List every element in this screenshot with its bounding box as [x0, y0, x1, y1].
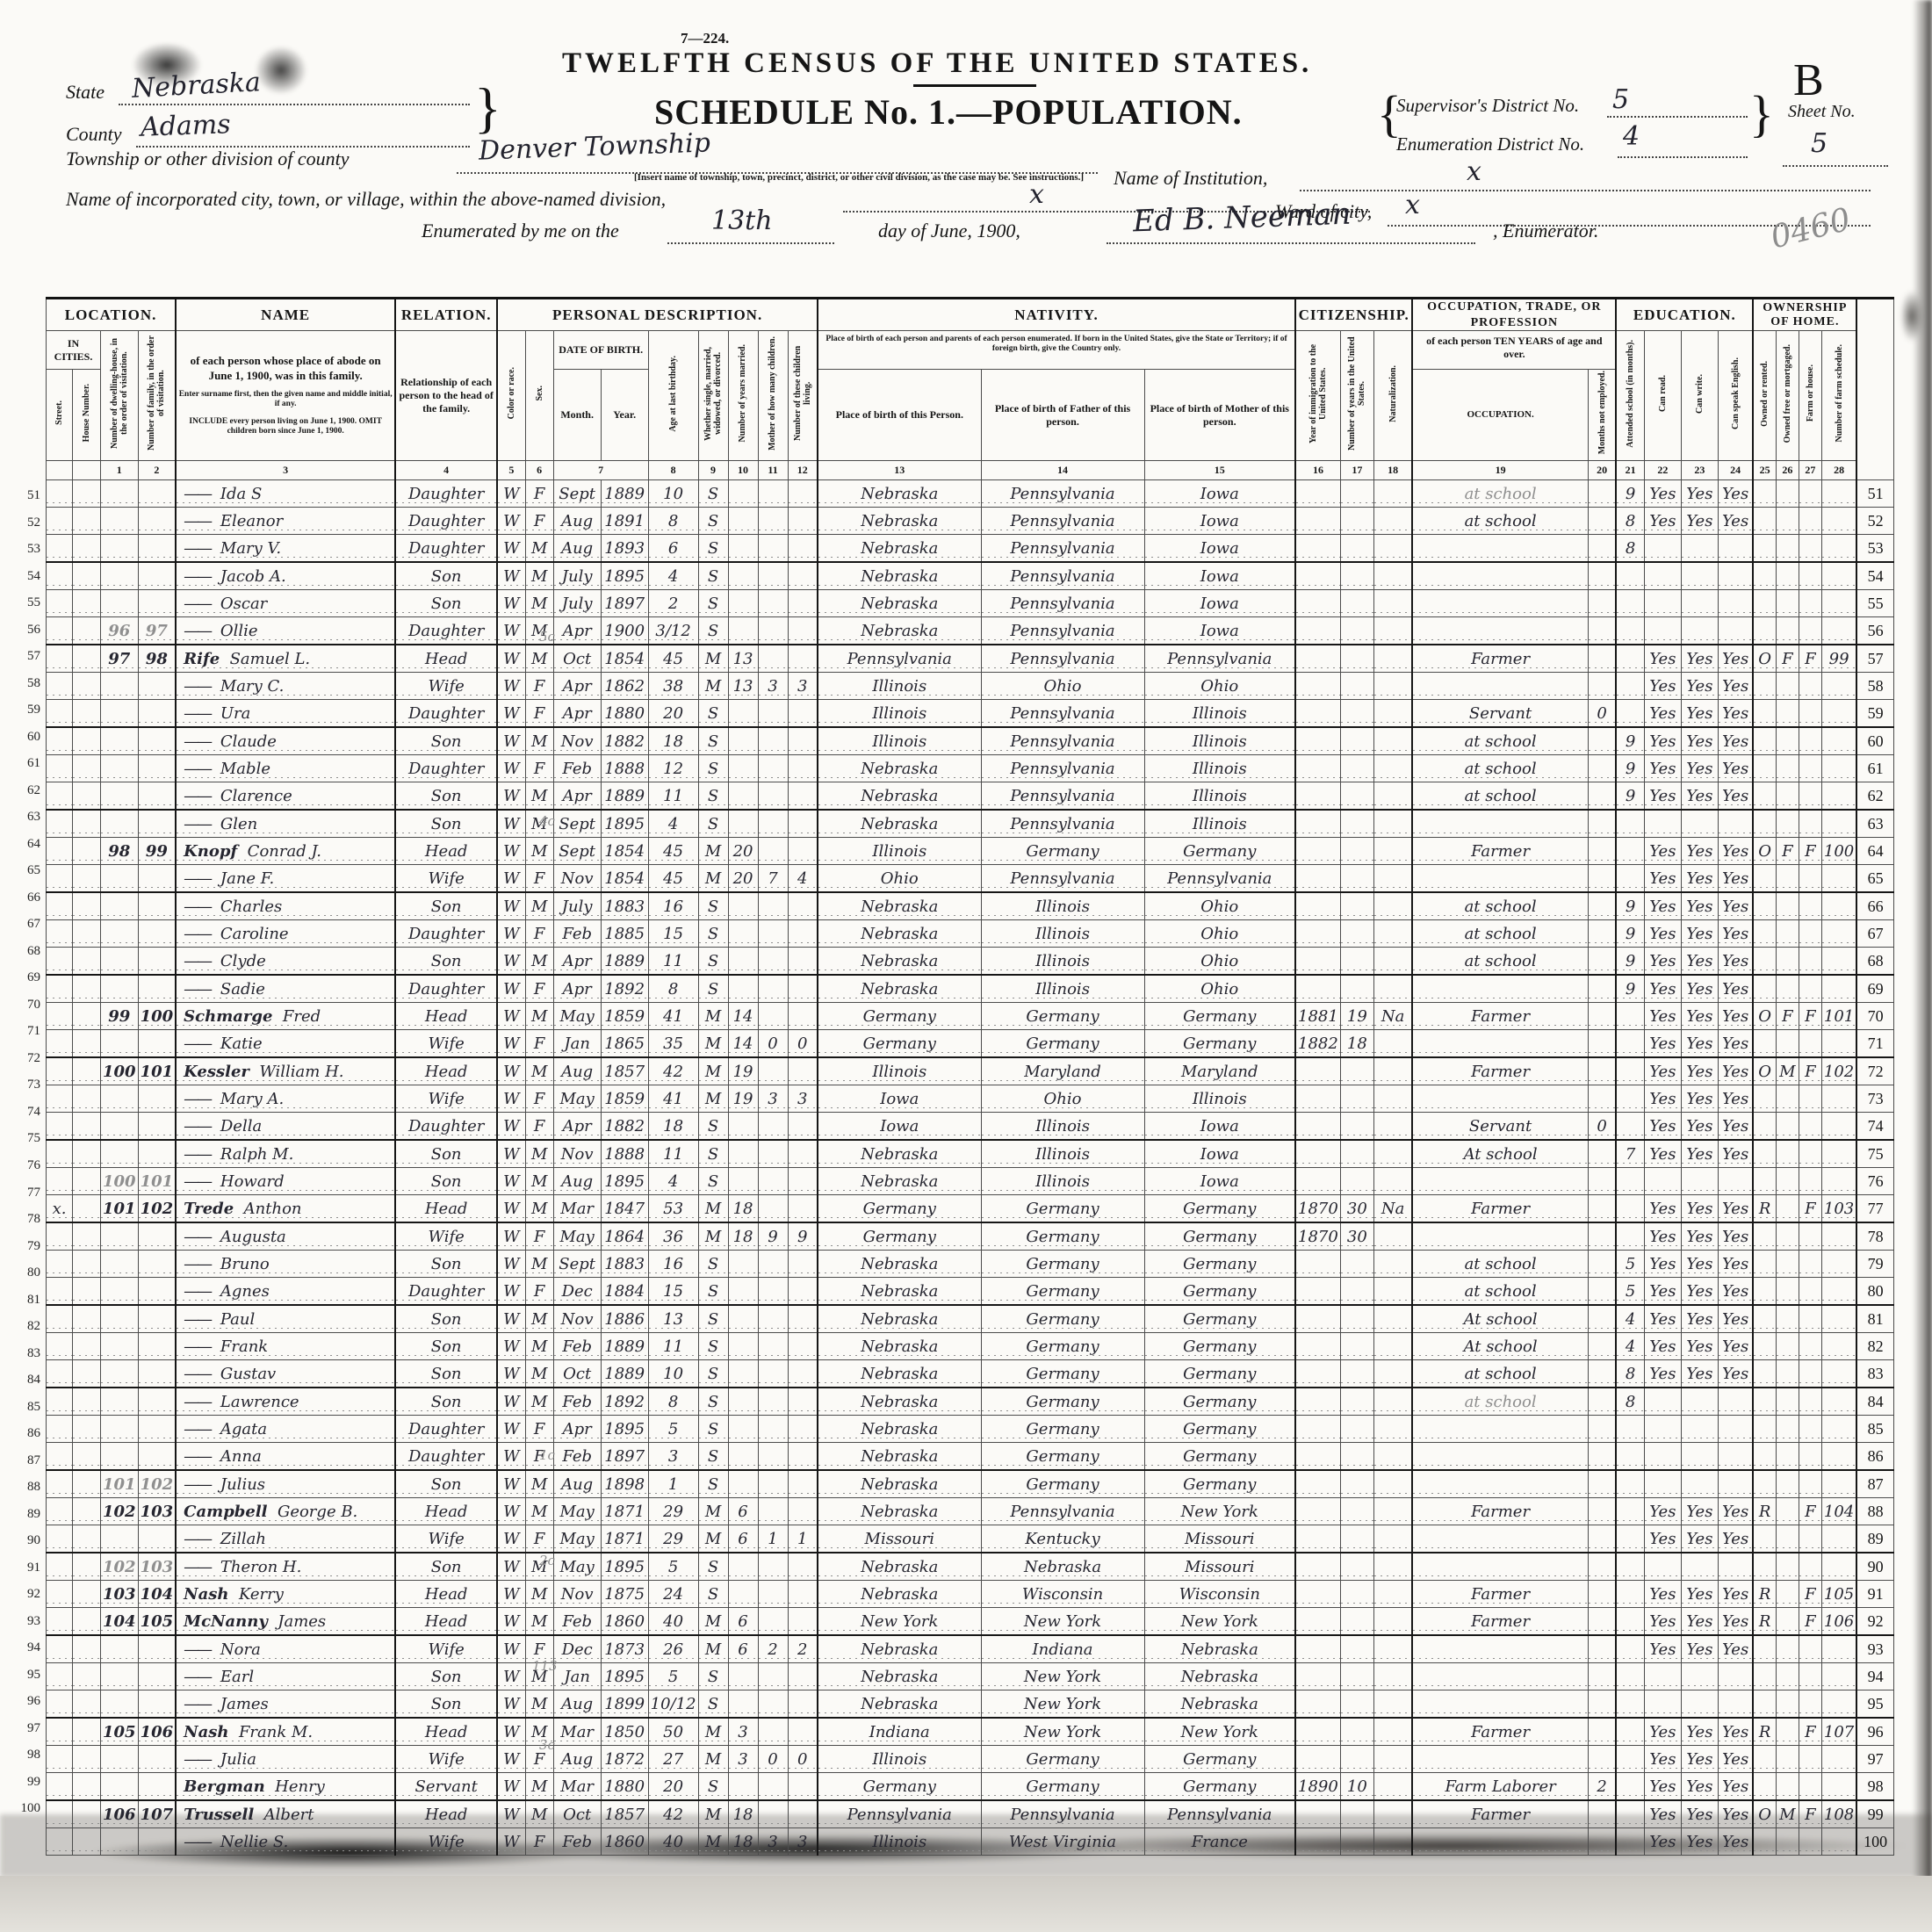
cell-farm-or-house [1799, 1333, 1821, 1360]
cell-birthplace-mother: Germany [1144, 1305, 1295, 1333]
cell-owned-free-mortgaged [1776, 1773, 1799, 1801]
census-row-80: —— AgnesDaughterWFDec188415SNebraskaGerm… [47, 1278, 1894, 1306]
cell-marital-status: M [698, 865, 728, 893]
cell-dwelling-number [101, 1663, 139, 1690]
header-farm-house: Farm or house. [1799, 331, 1821, 461]
form-number: 7—224. [681, 30, 729, 47]
cell-farm-schedule-number [1821, 617, 1856, 645]
cell-relation: Wife [395, 1635, 497, 1663]
cell-naturalization: Na [1373, 1195, 1412, 1223]
cell-birthplace-mother: Germany [1144, 1030, 1295, 1058]
cell-relation: Wife [395, 1030, 497, 1058]
census-row-81: —— PaulSonWMNov188613SNebraskaGermanyGer… [47, 1305, 1894, 1333]
header-nativity: NATIVITY. [818, 299, 1295, 331]
cell-birth-month: Sept [553, 838, 601, 865]
header-pob-mother: Place of birth of Mother of this person. [1144, 370, 1295, 461]
cell-color-race: W [497, 755, 525, 782]
cell-years-in-us [1340, 1113, 1373, 1141]
cell-owned-free-mortgaged [1776, 1360, 1799, 1388]
cell-dwelling-number: 100 [101, 1057, 139, 1085]
cell-occupation: At school [1412, 1333, 1588, 1360]
cell-immigration-year: 1870 [1295, 1195, 1340, 1223]
cell-can-speak-english [1718, 1553, 1753, 1581]
cell-immigration-year [1295, 948, 1340, 976]
cell-naturalization [1373, 1416, 1412, 1443]
line-number-left: 55 [19, 595, 40, 610]
cell-street [47, 1525, 73, 1554]
cell-farm-or-house [1799, 727, 1821, 755]
cell-relation: Head [395, 1800, 497, 1828]
cell-children-living [788, 1251, 818, 1278]
institution-label: Name of Institution, [1114, 167, 1267, 190]
cell-owned-free-mortgaged [1776, 948, 1799, 976]
cell-birthplace-person: Germany [818, 1003, 981, 1030]
cell-immigration-year [1295, 1525, 1340, 1554]
cell-years-married [728, 727, 758, 755]
cell-marital-status: S [698, 727, 728, 755]
cell-color-race: W [497, 1581, 525, 1608]
line-number-right: 55 [1856, 590, 1893, 617]
cell-owned-rented [1753, 1663, 1776, 1690]
header-occupation-group: OCCUPATION, TRADE, OR PROFESSION [1412, 299, 1616, 331]
cell-can-write: Yes [1681, 838, 1718, 865]
cell-marital-status: M [698, 1718, 728, 1746]
cell-street [47, 590, 73, 617]
cell-owned-rented [1753, 892, 1776, 920]
cell-school-months: 5 [1616, 1278, 1644, 1306]
census-row-90: 102103—— Theron H.SonWMMay18955SNebraska… [47, 1553, 1894, 1581]
column-number-10: 10 [728, 461, 758, 480]
cell-birthplace-person: Nebraska [818, 1278, 981, 1306]
cell-children-living [788, 645, 818, 673]
cell-sex: M [525, 1581, 553, 1608]
cell-birthplace-person: Iowa [818, 1113, 981, 1141]
cell-owned-rented [1753, 1278, 1776, 1306]
cell-family-number: 100 [138, 1003, 176, 1030]
cell-color-race: W [497, 727, 525, 755]
cell-owned-free-mortgaged [1776, 755, 1799, 782]
cell-birthplace-person: Nebraska [818, 1168, 981, 1195]
cell-color-race: W [497, 1470, 525, 1498]
cell-birthplace-mother: Iowa [1144, 535, 1295, 563]
cell-farm-or-house: F [1799, 1057, 1821, 1085]
cell-color-race: W [497, 1525, 525, 1554]
cell-birthplace-mother: Iowa [1144, 508, 1295, 535]
signature-line [1107, 227, 1475, 244]
cell-birthplace-person: Nebraska [818, 508, 981, 535]
cell-house-number [73, 1085, 101, 1113]
cell-sex: M [525, 1388, 553, 1416]
cell-birth-year: 1854 [601, 838, 648, 865]
cell-owned-rented [1753, 865, 1776, 893]
cell-months-not-employed [1588, 1470, 1616, 1498]
cell-family-number [138, 975, 176, 1003]
cell-color-race: W [497, 1498, 525, 1525]
cell-school-months: 4 [1616, 1305, 1644, 1333]
line-number-left: 75 [19, 1131, 40, 1146]
cell-age: 36 [648, 1222, 698, 1251]
header-owned-free: Owned free or mortgaged. [1776, 331, 1799, 461]
city-label: Name of incorporated city, town, or vill… [66, 188, 666, 211]
header-name-instructions: of each person whose place of abode on J… [176, 331, 395, 461]
cell-street [47, 1635, 73, 1663]
cell-farm-or-house: F [1799, 838, 1821, 865]
cell-can-write: Yes [1681, 1773, 1718, 1801]
cell-birth-month: July [553, 562, 601, 590]
cell-children-living [788, 892, 818, 920]
cell-children-living: 9 [788, 1222, 818, 1251]
cell-can-read: Yes [1644, 948, 1681, 976]
cell-can-read [1644, 1690, 1681, 1719]
cell-can-read: Yes [1644, 700, 1681, 728]
cell-sex: M [525, 838, 553, 865]
cell-years-married: 6 [728, 1498, 758, 1525]
cell-owned-free-mortgaged [1776, 1498, 1799, 1525]
cell-immigration-year [1295, 673, 1340, 700]
line-number-left: 65 [19, 863, 40, 878]
district-brace-left: { [1377, 84, 1402, 143]
cell-street [47, 1113, 73, 1141]
cell-birth-month: May [553, 1553, 601, 1581]
cell-owned-free-mortgaged [1776, 535, 1799, 563]
cell-can-read [1644, 1443, 1681, 1471]
line-number-left: 67 [19, 917, 40, 932]
line-number-left: 60 [19, 730, 40, 745]
cell-owned-free-mortgaged [1776, 1828, 1799, 1856]
cell-can-speak-english: Yes [1718, 1581, 1753, 1608]
cell-name: —— Julia [176, 1746, 395, 1773]
cell-color-race: W [497, 673, 525, 700]
cell-sex: M [525, 782, 553, 811]
cell-color-race: W [497, 1195, 525, 1223]
cell-family-number: 102 [138, 1195, 176, 1223]
cell-months-not-employed [1588, 1800, 1616, 1828]
cell-birthplace-father: Pennsylvania [981, 562, 1144, 590]
cell-farm-schedule-number [1821, 975, 1856, 1003]
cell-name: —— Gustav [176, 1360, 395, 1388]
cell-birthplace-mother: Iowa [1144, 562, 1295, 590]
line-number-left: 88 [19, 1480, 40, 1495]
cell-years-married [728, 1168, 758, 1195]
cell-birthplace-person: Illinois [818, 673, 981, 700]
cell-birthplace-father: Pennsylvania [981, 810, 1144, 838]
cell-birth-month: Aug [553, 1470, 601, 1498]
cell-owned-free-mortgaged: F [1776, 838, 1799, 865]
cell-family-number [138, 1140, 176, 1168]
cell-age: 18 [648, 1113, 698, 1141]
cell-farm-schedule-number [1821, 1443, 1856, 1471]
cell-name: —— Claude [176, 727, 395, 755]
cell-age: 16 [648, 1251, 698, 1278]
cell-occupation: Servant [1412, 700, 1588, 728]
cell-months-not-employed [1588, 673, 1616, 700]
header-line-number-col [1856, 299, 1893, 480]
cell-school-months [1616, 1222, 1644, 1251]
cell-name: —— Ida S [176, 480, 395, 508]
cell-owned-rented [1753, 617, 1776, 645]
cell-can-speak-english: Yes [1718, 1251, 1753, 1278]
cell-owned-rented [1753, 1251, 1776, 1278]
cell-house-number [73, 1416, 101, 1443]
cell-immigration-year [1295, 755, 1340, 782]
cell-house-number [73, 1470, 101, 1498]
cell-can-speak-english: Yes [1718, 480, 1753, 508]
cell-dwelling-number [101, 782, 139, 811]
cell-school-months: 8 [1616, 508, 1644, 535]
header-occupation-sub: of each person TEN YEARS of age and over… [1412, 331, 1616, 370]
cell-dwelling-number [101, 1635, 139, 1663]
cell-family-number [138, 1746, 176, 1773]
cell-immigration-year [1295, 1278, 1340, 1306]
cell-color-race: W [497, 1003, 525, 1030]
cell-occupation: at school [1412, 1360, 1588, 1388]
cell-birthplace-person: Illinois [818, 838, 981, 865]
cell-can-write: Yes [1681, 1360, 1718, 1388]
cell-house-number [73, 535, 101, 563]
line-number-left: 77 [19, 1186, 40, 1200]
cell-name: —— Jane F. [176, 865, 395, 893]
cell-owned-free-mortgaged [1776, 700, 1799, 728]
cell-immigration-year [1295, 838, 1340, 865]
cell-dwelling-number [101, 1746, 139, 1773]
cell-immigration-year [1295, 1416, 1340, 1443]
cell-immigration-year [1295, 508, 1340, 535]
cell-name: —— Theron H. [176, 1553, 395, 1581]
cell-sex: F [525, 1222, 553, 1251]
cell-birthplace-person: Nebraska [818, 1251, 981, 1278]
cell-birth-month: Aug [553, 1746, 601, 1773]
cell-farm-or-house [1799, 1278, 1821, 1306]
cell-years-in-us [1340, 1305, 1373, 1333]
cell-years-in-us: 19 [1340, 1003, 1373, 1030]
census-row-70: 99100Schmarge FredHeadWMMay185941M14Germ… [47, 1003, 1894, 1030]
cell-months-not-employed [1588, 1416, 1616, 1443]
cell-birth-month: Aug [553, 535, 601, 563]
cell-mother-of-children: 3 [758, 1828, 788, 1856]
cell-can-write: Yes [1681, 782, 1718, 811]
cell-children-living [788, 1140, 818, 1168]
cell-children-living [788, 948, 818, 976]
line-number-right: 62 [1856, 782, 1893, 811]
line-number-left: 71 [19, 1024, 40, 1039]
cell-years-married [728, 920, 758, 948]
cell-farm-or-house [1799, 1305, 1821, 1333]
cell-farm-or-house [1799, 865, 1821, 893]
cell-street [47, 1333, 73, 1360]
cell-school-months [1616, 1800, 1644, 1828]
cell-marital-status: S [698, 1663, 728, 1690]
cell-age: 42 [648, 1800, 698, 1828]
cell-marital-status: S [698, 1443, 728, 1471]
cell-owned-rented: R [1753, 1718, 1776, 1746]
cell-house-number [73, 645, 101, 673]
line-number-left: 92 [19, 1587, 40, 1602]
cell-naturalization [1373, 617, 1412, 645]
cell-birth-year: 1895 [601, 1168, 648, 1195]
cell-months-not-employed [1588, 645, 1616, 673]
header-nativity-sub: Place of birth of each person and parent… [818, 331, 1295, 370]
cell-occupation [1412, 865, 1588, 893]
header-mother-of: Mother of how many children. [758, 331, 788, 461]
cell-dwelling-number [101, 1305, 139, 1333]
cell-years-married: 18 [728, 1222, 758, 1251]
cell-sex: M [525, 1168, 553, 1195]
cell-marital-status: S [698, 782, 728, 811]
cell-children-living [788, 1581, 818, 1608]
cell-birth-year: 1888 [601, 755, 648, 782]
cell-can-speak-english: Yes [1718, 700, 1753, 728]
cell-birthplace-person: Nebraska [818, 1140, 981, 1168]
cell-name: —— Augusta [176, 1222, 395, 1251]
cell-color-race: W [497, 480, 525, 508]
cell-children-living: 1 [788, 1525, 818, 1554]
census-row-65: —— Jane F.WifeWFNov185445M2074OhioPennsy… [47, 865, 1894, 893]
cell-birth-month: Nov [553, 727, 601, 755]
cell-dwelling-number [101, 535, 139, 563]
cell-birthplace-father: Ohio [981, 673, 1144, 700]
cell-naturalization [1373, 1030, 1412, 1058]
column-number-25: 25 [1753, 461, 1776, 480]
cell-naturalization [1373, 1498, 1412, 1525]
cell-can-read: Yes [1644, 1773, 1681, 1801]
cell-can-read [1644, 1168, 1681, 1195]
cell-farm-schedule-number [1821, 1470, 1856, 1498]
cell-mother-of-children [758, 535, 788, 563]
census-row-55: —— OscarSonWMJuly18972SNebraskaPennsylva… [47, 590, 1894, 617]
cell-can-write [1681, 1663, 1718, 1690]
header-citizenship: CITIZENSHIP. [1295, 299, 1412, 331]
cell-months-not-employed [1588, 1085, 1616, 1113]
cell-years-married: 18 [728, 1195, 758, 1223]
census-row-87: 101102—— JuliusSonWMAug18981SNebraskaGer… [47, 1470, 1894, 1498]
cell-street [47, 782, 73, 811]
cell-naturalization [1373, 1608, 1412, 1636]
line-number-right: 95 [1856, 1690, 1893, 1719]
cell-years-in-us [1340, 1416, 1373, 1443]
cell-birthplace-father: Germany [981, 1251, 1144, 1278]
cell-name: —— Julius [176, 1470, 395, 1498]
cell-age: 4 [648, 810, 698, 838]
cell-color-race: W [497, 1635, 525, 1663]
cell-birth-month: Feb [553, 1828, 601, 1856]
line-number-left: 89 [19, 1507, 40, 1522]
cell-relation: Daughter [395, 1113, 497, 1141]
cell-months-not-employed [1588, 508, 1616, 535]
cell-birth-year: 1888 [601, 1140, 648, 1168]
cell-birthplace-mother: Germany [1144, 1388, 1295, 1416]
cell-farm-schedule-number [1821, 1168, 1856, 1195]
cell-birthplace-mother: Missouri [1144, 1525, 1295, 1554]
cell-farm-or-house [1799, 1828, 1821, 1856]
cell-sex: M [525, 948, 553, 976]
cell-dwelling-number [101, 1251, 139, 1278]
cell-birthplace-mother: Iowa [1144, 590, 1295, 617]
header-years-married: Number of years married. [728, 331, 758, 461]
cell-occupation: at school [1412, 755, 1588, 782]
cell-birthplace-mother: New York [1144, 1718, 1295, 1746]
cell-naturalization [1373, 920, 1412, 948]
cell-house-number [73, 1030, 101, 1058]
cell-can-read: Yes [1644, 1360, 1681, 1388]
cell-years-in-us [1340, 1498, 1373, 1525]
line-number-left: 100 [19, 1801, 40, 1816]
cell-farm-or-house: F [1799, 1800, 1821, 1828]
cell-children-living [788, 1168, 818, 1195]
cell-naturalization [1373, 1057, 1412, 1085]
cell-name: —— Caroline [176, 920, 395, 948]
cell-years-married: 20 [728, 838, 758, 865]
cell-marital-status: M [698, 645, 728, 673]
cell-mother-of-children [758, 1718, 788, 1746]
cell-birthplace-mother: Iowa [1144, 1168, 1295, 1195]
cell-owned-free-mortgaged: F [1776, 645, 1799, 673]
line-number-right: 64 [1856, 838, 1893, 865]
cell-color-race: W [497, 1251, 525, 1278]
cell-marital-status: S [698, 1553, 728, 1581]
cell-sex: F [525, 975, 553, 1003]
cell-months-not-employed [1588, 755, 1616, 782]
cell-can-speak-english [1718, 1663, 1753, 1690]
cell-can-speak-english: Yes [1718, 1278, 1753, 1306]
cell-sex: M [525, 535, 553, 563]
cell-birth-month: Jan [553, 1030, 601, 1058]
cell-family-number: 99 [138, 838, 176, 865]
cell-dwelling-number [101, 562, 139, 590]
cell-children-living [788, 727, 818, 755]
cell-immigration-year [1295, 1746, 1340, 1773]
column-number-19: 19 [1412, 461, 1588, 480]
cell-marital-status: S [698, 1416, 728, 1443]
cell-years-married [728, 1251, 758, 1278]
cell-age: 10 [648, 1360, 698, 1388]
cell-sex: M [525, 1333, 553, 1360]
cell-can-speak-english: Yes [1718, 782, 1753, 811]
cell-mother-of-children [758, 1663, 788, 1690]
cell-farm-schedule-number [1821, 1388, 1856, 1416]
cell-birth-year: 1860 [601, 1608, 648, 1636]
cell-farm-schedule-number [1821, 1525, 1856, 1554]
cell-school-months: 9 [1616, 755, 1644, 782]
cell-color-race: W [497, 1388, 525, 1416]
line-number-right: 91 [1856, 1581, 1893, 1608]
cell-can-write: Yes [1681, 1222, 1718, 1251]
cell-owned-rented: O [1753, 645, 1776, 673]
line-number-right: 54 [1856, 562, 1893, 590]
cell-sex: M [525, 1690, 553, 1719]
census-row-85: —— AgataDaughterWFApr18955SNebraskaGerma… [47, 1416, 1894, 1443]
cell-relation: Son [395, 1168, 497, 1195]
census-row-82: —— FrankSonWMFeb188911SNebraskaGermanyGe… [47, 1333, 1894, 1360]
cell-naturalization [1373, 1305, 1412, 1333]
cell-farm-schedule-number: 100 [1821, 838, 1856, 865]
cell-birth-month: May [553, 1085, 601, 1113]
cell-birthplace-mother: Pennsylvania [1144, 1800, 1295, 1828]
cell-age: 53 [648, 1195, 698, 1223]
cell-street [47, 865, 73, 893]
census-sheet: 7—224. TWELFTH CENSUS OF THE UNITED STAT… [0, 0, 1932, 1932]
cell-farm-or-house [1799, 562, 1821, 590]
line-number-left: 99 [19, 1775, 40, 1790]
cell-farm-or-house [1799, 1030, 1821, 1058]
cell-can-speak-english: Yes [1718, 1498, 1753, 1525]
cell-years-married [728, 948, 758, 976]
column-number-28: 28 [1821, 461, 1856, 480]
cell-house-number [73, 480, 101, 508]
cell-color-race: W [497, 1416, 525, 1443]
cell-name: —— Mary A. [176, 1085, 395, 1113]
cell-occupation: Farmer [1412, 1057, 1588, 1085]
line-number-right: 92 [1856, 1608, 1893, 1636]
